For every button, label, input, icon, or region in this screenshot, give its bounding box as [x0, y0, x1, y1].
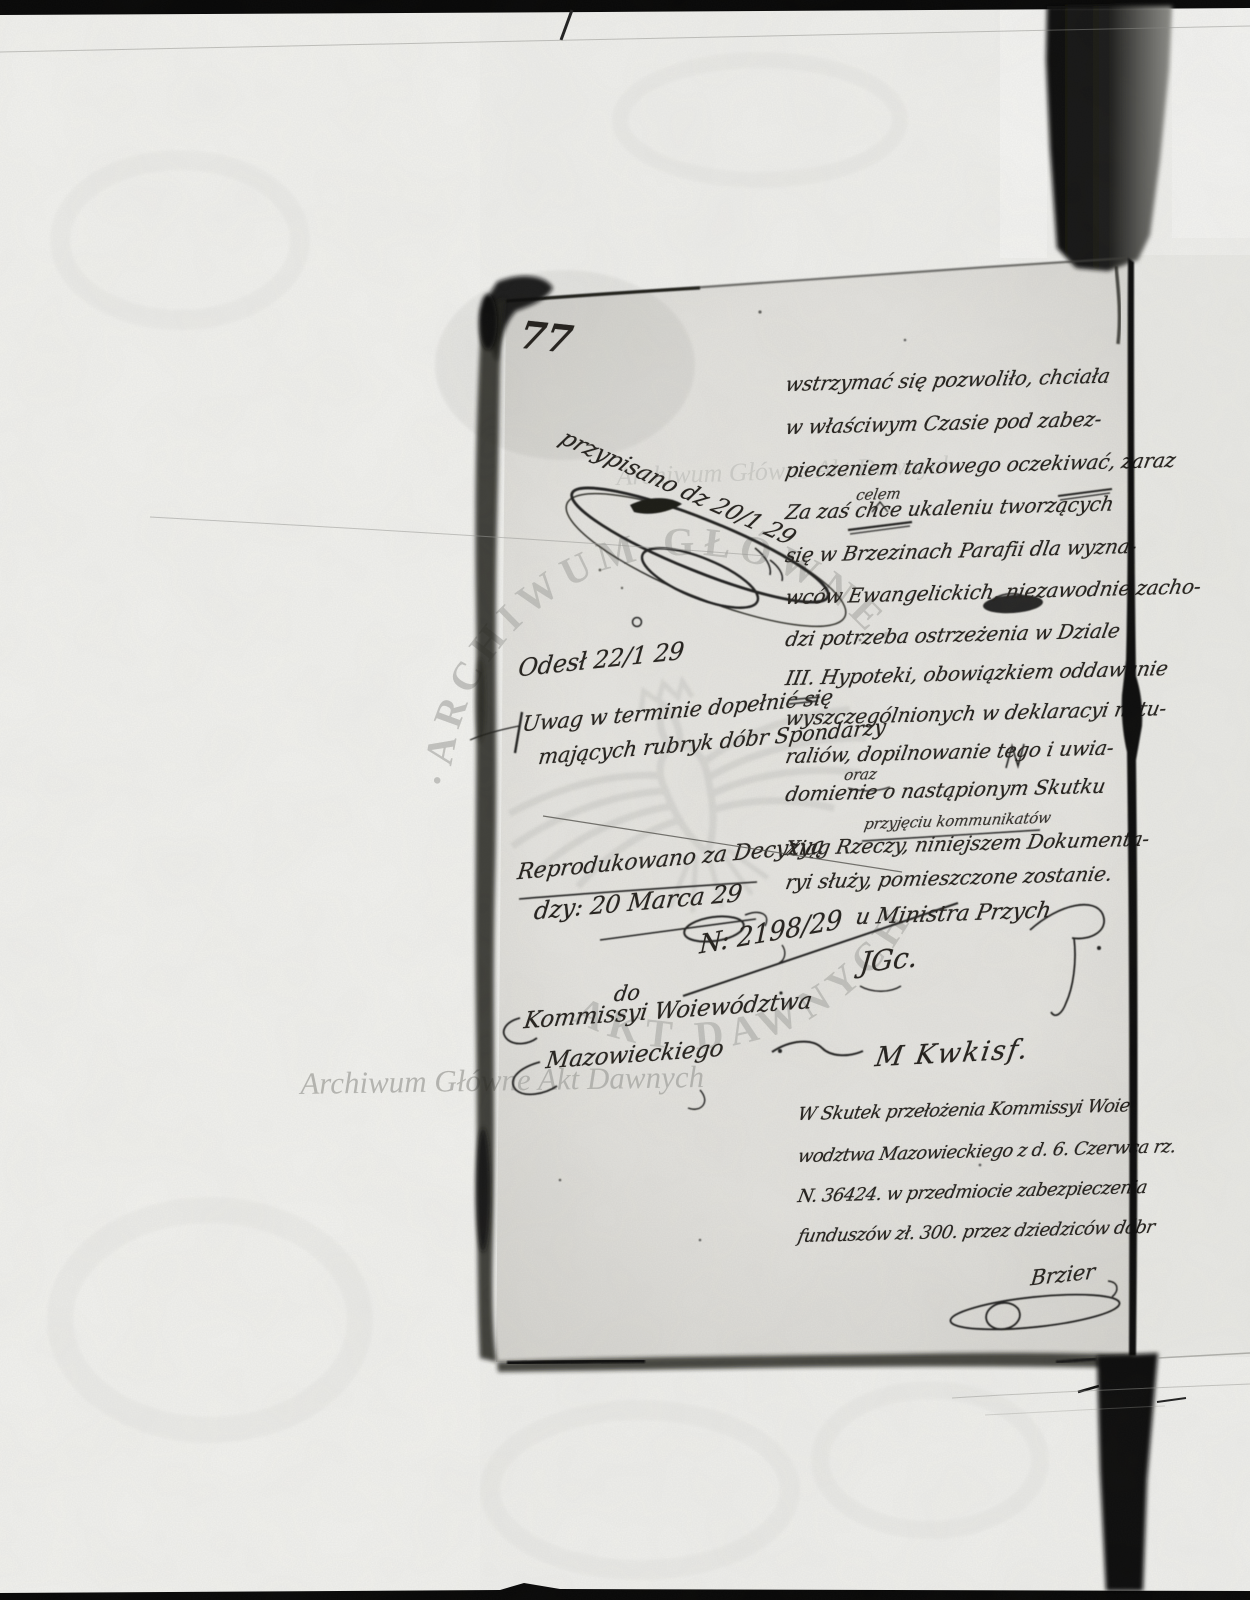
reply-line: N. 36424. w przedmiocie zabezpieczenia [796, 1177, 1149, 1207]
body-line: pieczeniem takowego oczekiwać, zaraz [784, 448, 1178, 482]
body-line: Xiąg Rzeczy, niniejszem Dokumenta- [784, 826, 1152, 860]
film-edge-bottom [0, 1583, 1250, 1600]
body-line: się w Brzezinach Parafii dla wyzna- [784, 534, 1139, 567]
margin-diagonal-note: przypisano dz 20/1 29 [554, 426, 800, 550]
page-bottom-edge [497, 1353, 1133, 1372]
page-gap-shadow [1046, 6, 1172, 271]
paper-background: ·ARCHIWUM GŁÓWNE· AKT DAWNYCH [0, 0, 1250, 1600]
scanner-backing [0, 0, 1250, 1600]
closing-paraph: JGc. [858, 940, 919, 980]
reply-line: funduszów zł. 300. przez dziedziców dóbr [796, 1217, 1156, 1247]
reply-line: W Skutek przełożenia Kommissyi Woie- [796, 1095, 1137, 1125]
page-number: 77 [516, 312, 576, 362]
reply-signature: Brzier [1029, 1259, 1096, 1290]
insertion-word: celem [855, 484, 902, 504]
body-line: w właściwym Czasie pod zabez- [784, 407, 1104, 439]
scan-edges [0, 0, 1250, 1600]
reply-line: wodztwa Mazowieckiego z d. 6. Czerwca rz… [796, 1136, 1178, 1167]
margin-repro-heading: Reprodukowano za Decyzyą [516, 833, 826, 885]
body-line: wstrzymać się pozwoliło, chciała [784, 364, 1113, 397]
body-line: ryi służy, pomieszczone zostanie. [784, 861, 1115, 894]
body-line: wców Ewangelickich, niezawodnie zacho- [784, 574, 1203, 609]
body-line: dzi potrzeba ostrzeżenia w Dziale [784, 618, 1123, 651]
margin-repro-number: N: 2198/29 [699, 905, 843, 961]
binding-wedge [1097, 1353, 1158, 1591]
body-line: III. Hypoteki, obowiązkiem oddawanie [784, 656, 1171, 690]
body-line: wyszczególnionych w deklaracyi natu- [784, 696, 1169, 730]
body-line: domienie o nastąpionym Skutku [784, 774, 1108, 806]
closing-minister-line: u Ministra Przych [854, 898, 1053, 930]
ink-flourishes [0, 0, 1250, 1600]
margin-sent-note: Odesł 22/1 29 [517, 637, 686, 683]
scanned-archival-document: ·ARCHIWUM GŁÓWNE· AKT DAWNYCH Archiwu [0, 0, 1250, 1600]
margin-addressee-line1: Kommissyi Woiewództwa [522, 988, 813, 1034]
grain-texture [0, 0, 1250, 1600]
page-left-edge [475, 298, 505, 1362]
body-line: Za zaś chce ukaleniu tworzących [784, 491, 1116, 524]
insertion-word: oraz [843, 765, 878, 784]
film-edge-top [0, 0, 1250, 15]
margin-repro-date: dzy: 20 Marca 29 [533, 879, 744, 926]
approver-signature: M Kwkisf. [873, 1034, 1032, 1073]
